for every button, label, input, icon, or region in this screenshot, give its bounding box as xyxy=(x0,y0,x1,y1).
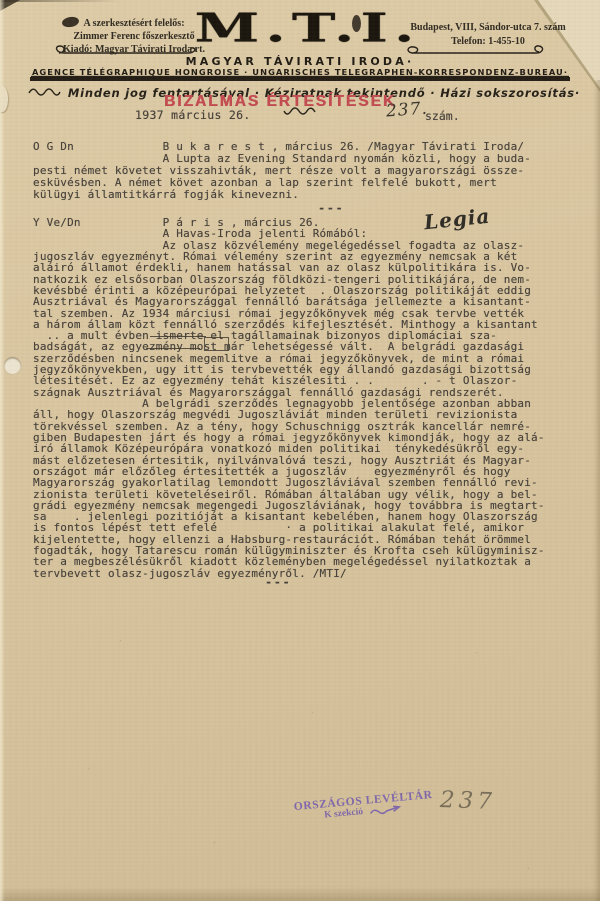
right-edge-shadow xyxy=(593,80,600,901)
punch-hole xyxy=(4,357,21,374)
correction-box-el xyxy=(204,337,229,351)
underline-mark-fennallo xyxy=(150,336,206,337)
stamp-line-2: K szekció xyxy=(324,807,364,820)
archive-number-handwritten: 237 xyxy=(440,787,497,815)
left-flourish-icon xyxy=(27,87,61,99)
article-separator: --- xyxy=(265,575,291,589)
top-edge-shadow xyxy=(0,0,120,2)
article-bukarest: O G Dn B u k a r e s t , március 26. /Ma… xyxy=(33,141,531,201)
issue-date: 1937 március 26. xyxy=(135,108,251,122)
document-page-scan: A szerkesztésért felelős: Zimmer Ferenc … xyxy=(0,0,600,901)
article-separator: --- xyxy=(318,201,344,215)
bottom-edge-shadow xyxy=(0,887,600,901)
thick-rule xyxy=(30,77,570,81)
paper-speckles xyxy=(0,0,1,1)
underline-mark-ismerte xyxy=(146,348,200,349)
issue-number-handwritten: 237. xyxy=(385,99,428,122)
archive-stamp: ORSZÁGOS LEVÉLTÁR K szekció xyxy=(293,789,434,823)
stamp-squiggle-icon xyxy=(368,804,405,817)
address-line: Budapest, VIII, Sándor-utca 7. szám xyxy=(392,21,584,35)
article-paris: Y Ve/Dn P á r i s , március 26. A Havas-… xyxy=(33,217,545,579)
agency-intl-banner: AGENCE TÉLÉGRAPHIQUE HONGROISE · UNGARIS… xyxy=(0,67,600,77)
issue-number-suffix: szám. xyxy=(425,109,460,123)
left-edge-highlight xyxy=(0,0,5,901)
